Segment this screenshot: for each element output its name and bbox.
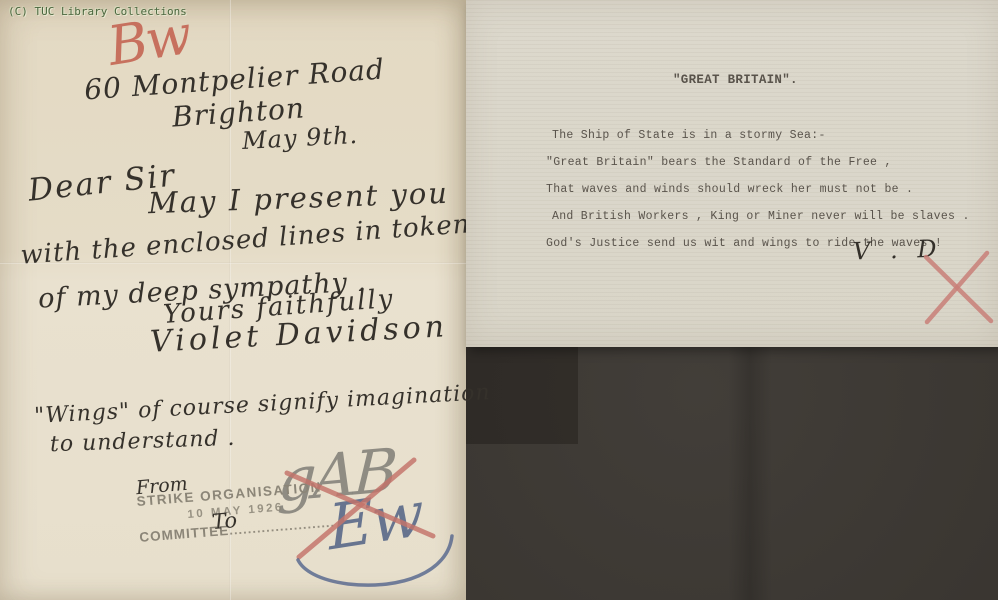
body-line-1: May I present you <box>148 179 450 218</box>
copyright-watermark: (C) TUC Library Collections <box>8 5 187 18</box>
poem-line: "Great Britain" bears the Standard of th… <box>546 149 970 176</box>
poem-line: That waves and winds should wreck her mu… <box>546 176 970 203</box>
poem-line: And British Workers , King or Miner neve… <box>546 203 970 230</box>
handwritten-to-note: To <box>211 510 238 533</box>
postscript-line-2: to understand . <box>50 428 236 456</box>
stamp-dotted-rule: ....................... <box>229 515 336 538</box>
poem-line: The Ship of State is in a stormy Sea:- <box>546 122 970 149</box>
poem-author-initials: V . D <box>853 236 943 263</box>
postscript-line-1: "Wings" of course signify imagination <box>34 382 491 428</box>
handwritten-letter-page: Bw 60 Montpelier Road Brighton May 9th. … <box>0 0 466 600</box>
backdrop-shadow-band <box>728 346 772 600</box>
blue-ink-initials: Ew <box>327 482 423 559</box>
letter-date: May 9th. <box>241 123 358 153</box>
archive-scan-composite: Bw 60 Montpelier Road Brighton May 9th. … <box>0 0 998 600</box>
body-line-2: with the enclosed lines in token <box>20 211 472 268</box>
poem-title: "GREAT BRITAIN". <box>673 73 798 87</box>
